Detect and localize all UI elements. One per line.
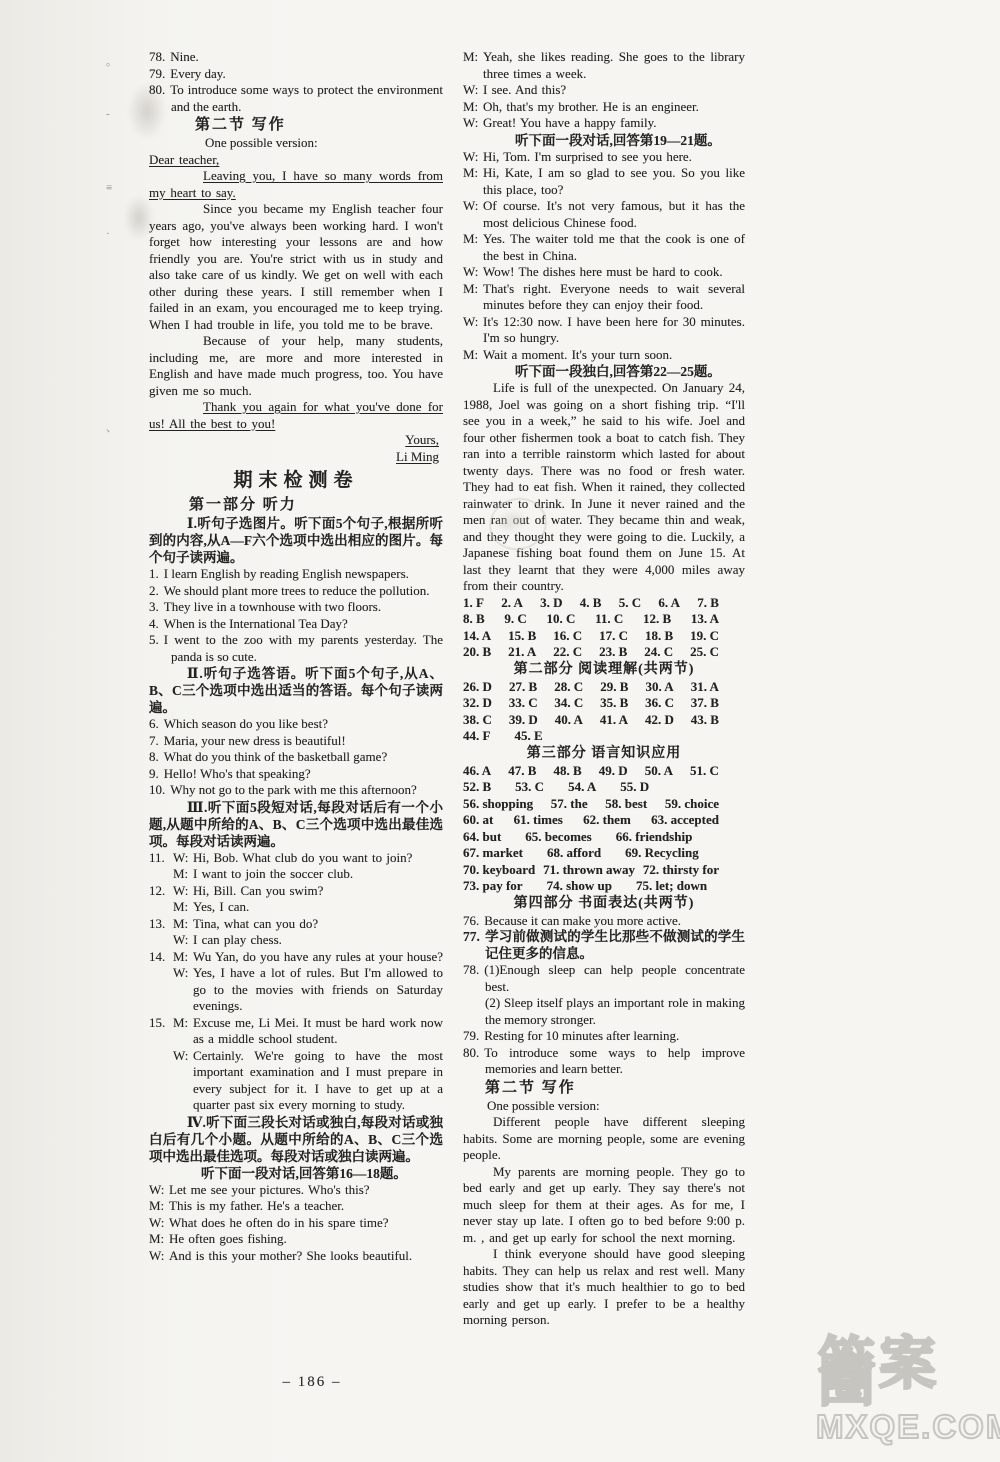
answer-cell: 64. but <box>463 829 501 846</box>
answer-cell: 71. thrown away <box>543 862 635 879</box>
dialogue-line: W:What does he often do in his spare tim… <box>149 1215 443 1232</box>
speaker-label: M: <box>173 949 193 966</box>
speaker-label: W: <box>463 314 483 331</box>
answer-cell: 39. D <box>509 712 538 729</box>
dialogue-text: Hi, Bob. What club do you want to join? <box>193 850 412 865</box>
exam-title: 期末检测卷 <box>149 468 443 494</box>
edge-artifact: - <box>106 106 110 123</box>
answer-cell: 1. F <box>463 595 484 612</box>
item-text: Maria, your new dress is beautiful! <box>164 733 346 748</box>
dialogue-text: Great! You have a happy family. <box>483 115 656 130</box>
essay-paragraph: Life is full of the unexpected. On Janua… <box>463 380 745 595</box>
answer-row: 52. B53. C54. A55. D <box>463 779 719 796</box>
signature-line: Li Ming <box>149 449 443 466</box>
answer-row: 32. D33. C34. C35. B36. C37. B <box>463 695 719 712</box>
speaker-label: M: <box>173 866 193 883</box>
speaker-label: W: <box>463 264 483 281</box>
dialogue-line: W:I can play chess. <box>149 932 443 949</box>
dialogue-text: I see. And this? <box>483 82 566 97</box>
item-text: Which season do you like best? <box>164 716 328 731</box>
answer-cell: 53. C <box>515 779 544 796</box>
item-text: Resting for 10 minutes after learning. <box>484 1028 679 1043</box>
underlined-paragraph: Dear teacher, <box>149 152 443 169</box>
answer-item: 2.We should plant more trees to reduce t… <box>149 583 443 600</box>
section-heading: 第二部分 阅读理解(共两节) <box>463 661 745 679</box>
dialogue-line: M:Oh, that's my brother. He is an engine… <box>463 99 745 116</box>
item-number: 11. <box>149 850 173 867</box>
dialogue-text: Wu Yan, do you have any rules at your ho… <box>193 949 443 964</box>
edge-artifact: ≡ <box>106 180 112 197</box>
item-text: Every day. <box>170 66 225 81</box>
item-number: 2. <box>149 583 159 598</box>
text-line: One possible version: <box>463 1098 745 1115</box>
answer-cell: 37. B <box>691 695 719 712</box>
dialogue-line: W:I see. And this? <box>463 82 745 99</box>
item-text: Because it can make you more active. <box>484 913 681 928</box>
answer-cell: 52. B <box>463 779 491 796</box>
dialogue-line: M:Hi, Kate, I am so glad to see you. So … <box>463 165 745 198</box>
signature-line: Yours, <box>149 432 443 449</box>
answer-cell: 4. B <box>580 595 602 612</box>
dialogue-line: W:Yes, I have a lot of rules. But I'm al… <box>149 965 443 1015</box>
item-number: 8. <box>149 749 159 764</box>
item-number: 77. <box>463 929 480 944</box>
answer-cell: 13. A <box>691 611 719 628</box>
essay-paragraph: Different people have different sleeping… <box>463 1114 745 1164</box>
answer-cell: 27. B <box>509 679 537 696</box>
item-text: I went to the zoo with my parents yester… <box>164 632 443 664</box>
item-text: (1)Enough sleep can help people concentr… <box>484 962 745 994</box>
dialogue-text: Let me see your pictures. Who's this? <box>169 1182 370 1197</box>
section-subheading: 第二节 写作 <box>463 1078 745 1098</box>
dialogue-line: 13.M:Tina, what can you do? <box>149 916 443 933</box>
dialogue-line: M:This is my father. He's a teacher. <box>149 1198 443 1215</box>
speaker-label: M: <box>463 99 483 116</box>
answer-cell: 8. B <box>463 611 485 628</box>
answer-cell: 56. shopping <box>463 796 533 813</box>
right-text-column: M:Yeah, she likes reading. She goes to t… <box>463 49 745 1329</box>
item-number: 7. <box>149 733 159 748</box>
item-text: Hello! Who's that speaking? <box>164 766 311 781</box>
dialogue-line: W:Wow! The dishes here must be hard to c… <box>463 264 745 281</box>
speaker-label: M: <box>173 916 193 933</box>
dialogue-text: Tina, what can you do? <box>193 916 318 931</box>
answer-cell: 48. B <box>554 763 582 780</box>
dialogue-text: Yes, I can. <box>193 899 249 914</box>
dialogue-text: This is my father. He's a teacher. <box>169 1198 344 1213</box>
answer-item: 78.Nine. <box>149 49 443 66</box>
speaker-label: W: <box>173 850 193 867</box>
answer-item: 77.学习前做测试的学生比那些不做测试的学生记住更多的信息。 <box>463 929 745 962</box>
answer-row: 20. B21. A22. C23. B24. C25. C <box>463 644 719 661</box>
item-number: 80. <box>149 82 165 97</box>
answer-item: 79.Every day. <box>149 66 443 83</box>
answer-cell: 18. B <box>645 628 673 645</box>
item-text: What do you think of the basketball game… <box>164 749 387 764</box>
answer-item: 1.I learn English by reading English new… <box>149 566 443 583</box>
dialogue-text: Hi, Bill. Can you swim? <box>193 883 323 898</box>
item-number: 13. <box>149 916 173 933</box>
answer-cell: 14. A <box>463 628 491 645</box>
answer-cell: 59. choice <box>665 796 719 813</box>
answer-item: 6.Which season do you like best? <box>149 716 443 733</box>
answer-item: 80.To introduce some ways to protect the… <box>149 82 443 115</box>
speaker-label: M: <box>463 231 483 248</box>
dialogue-text: Excuse me, Li Mei. It must be hard work … <box>193 1015 443 1047</box>
answer-cell: 42. D <box>645 712 674 729</box>
answer-row: 56. shopping57. the58. best59. choice <box>463 796 719 813</box>
answer-cell: 24. C <box>644 644 673 661</box>
cn-prompt-line: 听下面一段对话,回答第16—18题。 <box>149 1165 443 1182</box>
answer-item: 80.To introduce some ways to help improv… <box>463 1045 745 1078</box>
page-number: – 186 – <box>250 1374 374 1391</box>
answer-cell: 69. Recycling <box>625 845 699 862</box>
cn-instruction: Ⅳ.听下面三段长对话或独白,每段对话或独白后有几个小题。从题中所给的A、B、C三… <box>149 1114 443 1165</box>
dialogue-text: Oh, that's my brother. He is an engineer… <box>483 99 699 114</box>
speaker-label: W: <box>463 115 483 132</box>
answer-cell: 34. C <box>554 695 583 712</box>
dialogue-text: I can play chess. <box>193 932 282 947</box>
speaker-label: M: <box>463 165 483 182</box>
answer-cell: 17. C <box>599 628 628 645</box>
dialogue-line: W:Of course. It's not very famous, but i… <box>463 198 745 231</box>
answer-cell: 47. B <box>508 763 536 780</box>
essay-paragraph: I think everyone should have good sleepi… <box>463 1246 745 1329</box>
speaker-label: W: <box>463 82 483 99</box>
answer-cell: 12. B <box>643 611 671 628</box>
answer-cell: 36. C <box>645 695 674 712</box>
answer-cell: 73. pay for <box>463 878 523 895</box>
speaker-label: W: <box>173 883 193 900</box>
item-number: 3. <box>149 599 159 614</box>
cn-instruction: Ⅱ.听句子选答语。听下面5个句子,从A、B、C三个选项中选出适当的答语。每个句子… <box>149 665 443 716</box>
essay-paragraph: Since you became my English teacher four… <box>149 201 443 333</box>
item-number: 79. <box>463 1028 479 1043</box>
speaker-label: W: <box>173 965 193 982</box>
answer-cell: 20. B <box>463 644 491 661</box>
answer-item: 4.When is the International Tea Day? <box>149 616 443 633</box>
answer-cell: 60. at <box>463 812 493 829</box>
answer-row: 60. at61. times62. them63. accepted <box>463 812 719 829</box>
watermark-site-url: MXQE.COM <box>816 1419 1000 1436</box>
dialogue-line: W:Certainly. We're going to have the mos… <box>149 1048 443 1114</box>
edge-artifact: 、 <box>106 420 117 437</box>
answer-cell: 43. B <box>691 712 719 729</box>
item-text: 学习前做测试的学生比那些不做测试的学生记住更多的信息。 <box>485 929 745 961</box>
section-heading: 第三部分 语言知识应用 <box>463 745 745 763</box>
dialogue-line: W:Let me see your pictures. Who's this? <box>149 1182 443 1199</box>
dialogue-text: And is this your mother? She looks beaut… <box>169 1248 412 1263</box>
answer-cell: 5. C <box>619 595 641 612</box>
answer-cell: 32. D <box>463 695 492 712</box>
edge-artifact: · <box>106 226 110 243</box>
dialogue-text: Of course. It's not very famous, but it … <box>483 198 745 230</box>
answer-cell: 68. afford <box>547 845 601 862</box>
item-number: 9. <box>149 766 159 781</box>
answer-cell: 57. the <box>551 796 588 813</box>
dialogue-text: What does he often do in his spare time? <box>169 1215 389 1230</box>
answer-cell: 28. C <box>554 679 583 696</box>
answer-cell: 63. accepted <box>651 812 719 829</box>
dialogue-text: It's 12:30 now. I have been here for 30 … <box>483 314 745 346</box>
answer-cell: 51. C <box>690 763 719 780</box>
dialogue-line: W:Hi, Tom. I'm surprised to see you here… <box>463 149 745 166</box>
dialogue-text: Hi, Tom. I'm surprised to see you here. <box>483 149 692 164</box>
answer-row: 1. F2. A3. D4. B5. C6. A7. B <box>463 595 719 612</box>
dialogue-text: I want to join the soccer club. <box>193 866 353 881</box>
dialogue-text: Wait a moment. It's your turn soon. <box>483 347 672 362</box>
dialogue-line: M:Yeah, she likes reading. She goes to t… <box>463 49 745 82</box>
answer-cell: 38. C <box>463 712 492 729</box>
underlined-paragraph: Leaving you, I have so many words from m… <box>149 168 443 201</box>
answer-item: 3.They live in a townhouse with two floo… <box>149 599 443 616</box>
answer-cell: 3. D <box>540 595 562 612</box>
dialogue-text: Wow! The dishes here must be hard to coo… <box>483 264 723 279</box>
answer-cell: 70. keyboard <box>463 862 535 879</box>
answer-cell: 55. D <box>620 779 649 796</box>
answer-row: 26. D27. B28. C29. B30. A31. A <box>463 679 719 696</box>
answer-cell: 22. C <box>553 644 582 661</box>
signature-text: Yours, <box>405 432 439 447</box>
answer-cell: 16. C <box>553 628 582 645</box>
cn-instruction: Ⅰ.听句子选图片。听下面5个句子,根据所听到的内容,从A—F六个选项中选出相应的… <box>149 515 443 566</box>
item-number: 79. <box>149 66 165 81</box>
answer-cell: 61. times <box>514 812 563 829</box>
answer-row: 38. C39. D40. A41. A42. D43. B <box>463 712 719 729</box>
dialogue-text: Yes, I have a lot of rules. But I'm allo… <box>193 965 443 1013</box>
answer-cell: 40. A <box>555 712 583 729</box>
answer-cell: 23. B <box>599 644 627 661</box>
answer-item: 78.(1)Enough sleep can help people conce… <box>463 962 745 995</box>
item-number: 6. <box>149 716 159 731</box>
item-number: 78. <box>463 962 479 977</box>
answer-row: 8. B9. C10. C11. C12. B13. A <box>463 611 719 628</box>
left-text-column: 78.Nine.79.Every day.80.To introduce som… <box>149 49 443 1264</box>
answer-cell: 7. B <box>697 595 719 612</box>
speaker-label: M: <box>149 1231 169 1248</box>
item-number: 80. <box>463 1045 479 1060</box>
answer-cell: 9. C <box>504 611 526 628</box>
answer-cell: 41. A <box>600 712 628 729</box>
speaker-label: M: <box>463 49 483 66</box>
item-text: To introduce some ways to help improve m… <box>484 1045 745 1077</box>
answer-cell: 49. D <box>599 763 628 780</box>
item-number: 12. <box>149 883 173 900</box>
speaker-label: W: <box>149 1215 169 1232</box>
dialogue-line: W:Great! You have a happy family. <box>463 115 745 132</box>
speaker-label: M: <box>149 1198 169 1215</box>
answer-item: 10.Why not go to the park with me this a… <box>149 782 443 799</box>
section-subheading: 第二节 写作 <box>149 115 443 135</box>
answer-cell: 66. friendship <box>616 829 693 846</box>
dialogue-text: He often goes fishing. <box>169 1231 287 1246</box>
answer-cell: 6. A <box>658 595 680 612</box>
watermark-logo: 答案圈 <box>818 1356 1000 1389</box>
speaker-label: M: <box>463 347 483 364</box>
essay-paragraph: My parents are morning people. They go t… <box>463 1164 745 1247</box>
dialogue-text: Yeah, she likes reading. She goes to the… <box>483 49 745 81</box>
speaker-label: W: <box>173 1048 193 1065</box>
answer-row: 70. keyboard71. thrown away72. thirsty f… <box>463 862 719 879</box>
signature-text: Li Ming <box>396 449 439 464</box>
dialogue-text: That's right. Everyone needs to wait sev… <box>483 281 745 313</box>
answer-cell: 25. C <box>690 644 719 661</box>
answer-row: 44. F45. E <box>463 728 719 745</box>
dialogue-line: M:Yes, I can. <box>149 899 443 916</box>
dialogue-text: Hi, Kate, I am so glad to see you. So yo… <box>483 165 745 197</box>
item-number: 14. <box>149 949 173 966</box>
item-text: To introduce some ways to protect the en… <box>170 82 443 114</box>
answer-cell: 50. A <box>645 763 673 780</box>
dialogue-line: M:He often goes fishing. <box>149 1231 443 1248</box>
speaker-label: W: <box>173 932 193 949</box>
answer-cell: 67. market <box>463 845 523 862</box>
answer-item: 8.What do you think of the basketball ga… <box>149 749 443 766</box>
speaker-label: M: <box>173 899 193 916</box>
item-text: I learn English by reading English newsp… <box>164 566 409 581</box>
dialogue-line: W:And is this your mother? She looks bea… <box>149 1248 443 1265</box>
item-text: Nine. <box>170 49 199 64</box>
answer-cell: 31. A <box>691 679 719 696</box>
item-number: 15. <box>149 1015 173 1032</box>
answer-cell: 11. C <box>595 611 623 628</box>
section-heading: 第四部分 书面表达(共两节) <box>463 895 745 913</box>
edge-artifact: 。 <box>106 54 117 71</box>
answer-cell: 35. B <box>600 695 628 712</box>
item-text: We should plant more trees to reduce the… <box>164 583 430 598</box>
answer-cell: 21. A <box>508 644 536 661</box>
answer-cell: 33. C <box>509 695 538 712</box>
answer-item: 7.Maria, your new dress is beautiful! <box>149 733 443 750</box>
answer-cell: 75. let; down <box>636 878 707 895</box>
underlined-paragraph: Thank you again for what you've done for… <box>149 399 443 432</box>
cn-instruction: Ⅲ.听下面5段短对话,每段对话后有一个小题,从题中所给的A、B、C三个选项中选出… <box>149 799 443 850</box>
dialogue-line: 14.M:Wu Yan, do you have any rules at yo… <box>149 949 443 966</box>
answer-cell: 58. best <box>605 796 647 813</box>
dialogue-line: M:Yes. The waiter told me that the cook … <box>463 231 745 264</box>
answer-cell: 29. B <box>600 679 628 696</box>
section-subheading: 第一部分 听力 <box>149 495 443 515</box>
answer-cell: 62. them <box>583 812 631 829</box>
answer-cell: 2. A <box>501 595 523 612</box>
item-text: When is the International Tea Day? <box>164 616 348 631</box>
speaker-label: W: <box>463 149 483 166</box>
answer-cell: 46. A <box>463 763 491 780</box>
answer-cell: 54. A <box>568 779 596 796</box>
item-number: 1. <box>149 566 159 581</box>
dialogue-line: M:I want to join the soccer club. <box>149 866 443 883</box>
answer-cell: 15. B <box>508 628 536 645</box>
answer-cell: 45. E <box>514 728 542 745</box>
answer-cell: 72. thirsty for <box>643 862 719 879</box>
answer-cell: 10. C <box>546 611 575 628</box>
speaker-label: M: <box>173 1015 193 1032</box>
item-number: 10. <box>149 782 165 797</box>
speaker-label: W: <box>149 1182 169 1199</box>
answer-cell: 19. C <box>690 628 719 645</box>
speaker-label: W: <box>149 1248 169 1265</box>
text-line: One possible version: <box>149 135 443 152</box>
cn-prompt-line: 听下面一段对话,回答第19—21题。 <box>463 132 745 149</box>
speaker-label: W: <box>463 198 483 215</box>
cn-prompt-line: 听下面一段独白,回答第22—25题。 <box>463 363 745 380</box>
item-number: 4. <box>149 616 159 631</box>
dialogue-text: Yes. The waiter told me that the cook is… <box>483 231 745 263</box>
continuation-line: (2) Sleep itself plays an important role… <box>463 995 745 1028</box>
item-number: 5. <box>149 632 159 647</box>
dialogue-line: M:That's right. Everyone needs to wait s… <box>463 281 745 314</box>
dialogue-text: Certainly. We're going to have the most … <box>193 1048 443 1113</box>
dialogue-line: M:Wait a moment. It's your turn soon. <box>463 347 745 364</box>
item-number: 76. <box>463 913 479 928</box>
answer-cell: 44. F <box>463 728 490 745</box>
speaker-label: M: <box>463 281 483 298</box>
dialogue-line: 11.W:Hi, Bob. What club do you want to j… <box>149 850 443 867</box>
item-text: They live in a townhouse with two floors… <box>164 599 381 614</box>
answer-row: 14. A15. B16. C17. C18. B19. C <box>463 628 719 645</box>
answer-cell: 26. D <box>463 679 492 696</box>
answer-item: 76.Because it can make you more active. <box>463 913 745 930</box>
answer-row: 64. but65. becomes66. friendship <box>463 829 719 846</box>
item-text: Why not go to the park with me this afte… <box>170 782 417 797</box>
answer-item: 5.I went to the zoo with my parents yest… <box>149 632 443 665</box>
answer-row: 67. market68. afford69. Recycling <box>463 845 719 862</box>
answer-item: 9.Hello! Who's that speaking? <box>149 766 443 783</box>
dialogue-line: W:It's 12:30 now. I have been here for 3… <box>463 314 745 347</box>
answer-cell: 74. show up <box>547 878 612 895</box>
essay-paragraph: Because of your help, many students, inc… <box>149 333 443 399</box>
dialogue-line: 15.M:Excuse me, Li Mei. It must be hard … <box>149 1015 443 1048</box>
answer-cell: 30. A <box>646 679 674 696</box>
answer-row: 46. A47. B48. B49. D50. A51. C <box>463 763 719 780</box>
item-number: 78. <box>149 49 165 64</box>
answer-item: 79.Resting for 10 minutes after learning… <box>463 1028 745 1045</box>
dialogue-line: 12.W:Hi, Bill. Can you swim? <box>149 883 443 900</box>
answer-cell: 65. becomes <box>525 829 591 846</box>
answer-row: 73. pay for74. show up75. let; down <box>463 878 719 895</box>
